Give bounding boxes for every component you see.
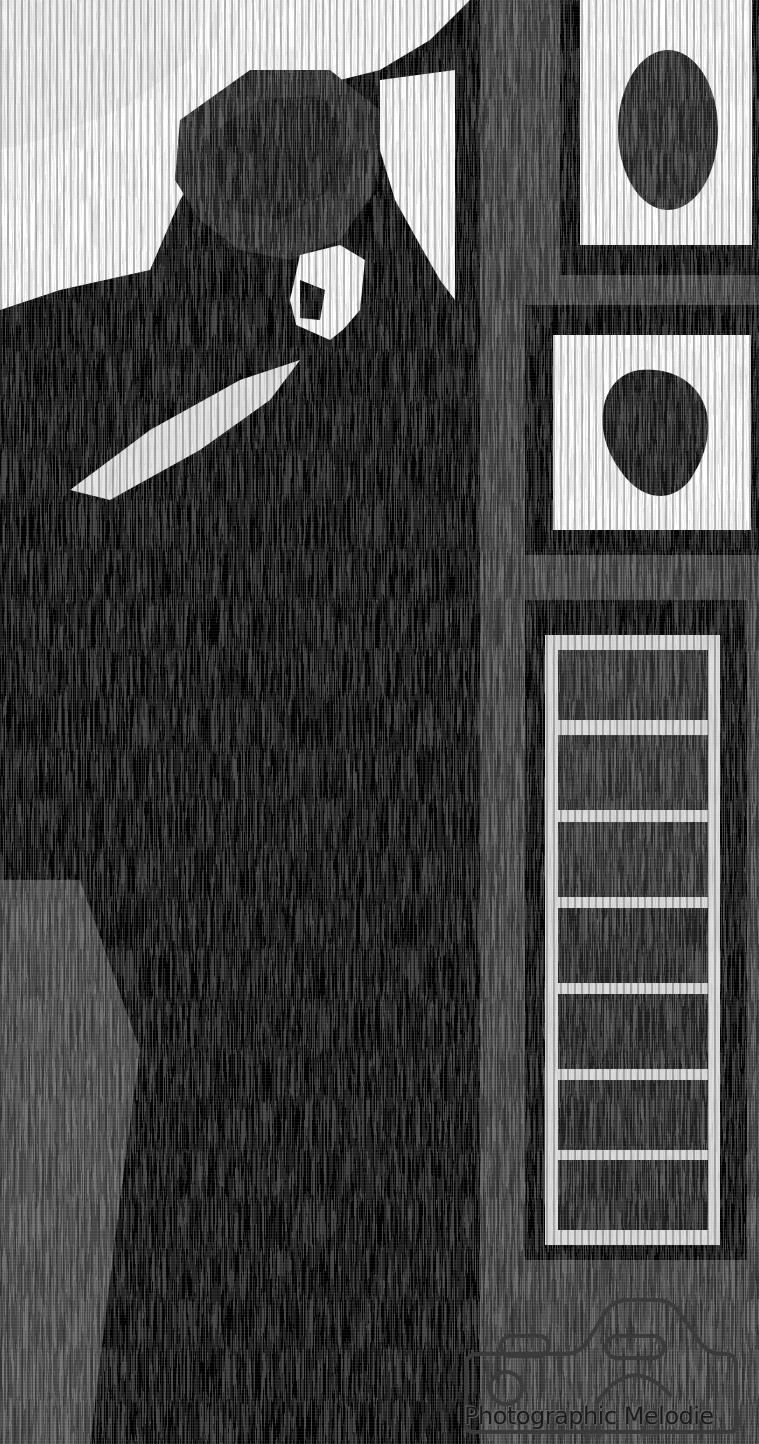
watermark-text: Photographic Melodie xyxy=(464,1402,714,1430)
watermark: Photographic Melodie xyxy=(456,1296,746,1436)
photograph xyxy=(0,0,759,1444)
